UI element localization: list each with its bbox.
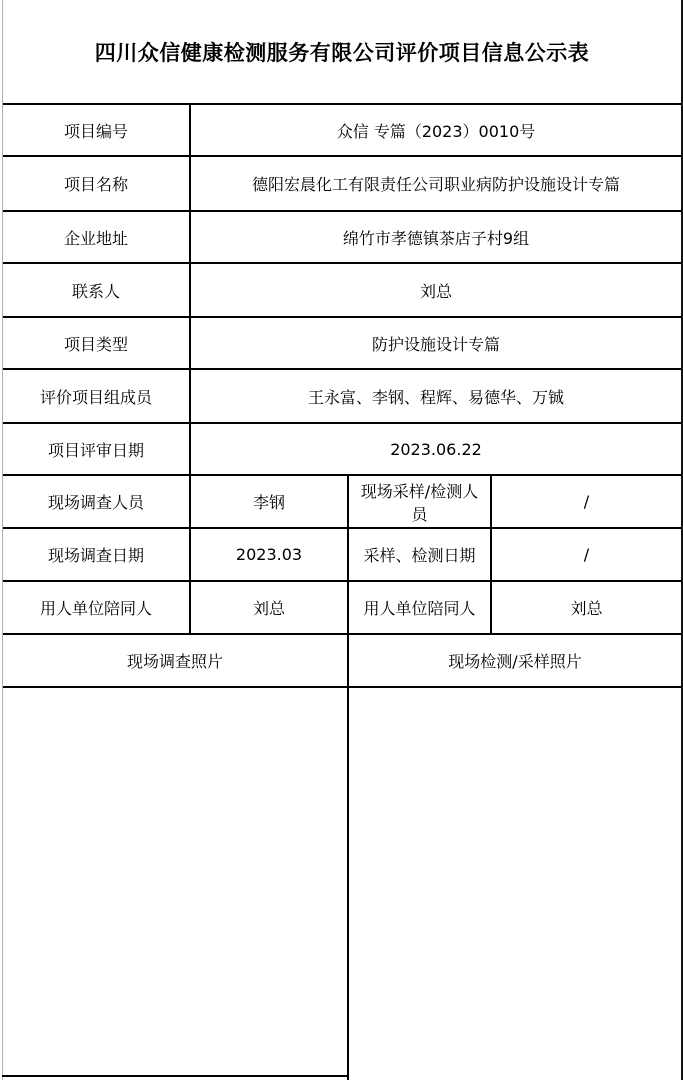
split-row-label-2: 采样、检测日期 xyxy=(349,529,492,580)
row-value: 王永富、李钢、程辉、易德华、万铖 xyxy=(191,370,681,422)
row-label: 项目名称 xyxy=(3,157,191,210)
document-page: 四川众信健康检测服务有限公司评价项目信息公示表 项目编号 众信 专篇（2023）… xyxy=(0,0,683,1080)
split-row-label-1: 现场调查日期 xyxy=(3,529,191,580)
table-row: 用人单位陪同人 刘总 用人单位陪同人 刘总 xyxy=(3,580,681,633)
split-row-value-2: / xyxy=(492,529,681,580)
photo-placeholder-left xyxy=(3,688,349,1080)
table-row: 现场调查人员 李钢 现场采样/检测人员 / xyxy=(3,474,681,527)
row-label: 项目类型 xyxy=(3,318,191,368)
row-value: 绵竹市孝德镇茶店子村9组 xyxy=(191,212,681,262)
table-row: 项目编号 众信 专篇（2023）0010号 xyxy=(3,103,681,155)
title-block: 四川众信健康检测服务有限公司评价项目信息公示表 xyxy=(3,0,681,103)
photo-header-row: 现场调查照片 现场检测/采样照片 xyxy=(3,633,681,686)
photo-header-left: 现场调查照片 xyxy=(3,635,349,686)
row-label: 企业地址 xyxy=(3,212,191,262)
table-row: 项目类型 防护设施设计专篇 xyxy=(3,316,681,368)
split-row-label-2: 用人单位陪同人 xyxy=(349,582,492,633)
row-value: 德阳宏晨化工有限责任公司职业病防护设施设计专篇 xyxy=(191,157,681,210)
table-outer-border: 四川众信健康检测服务有限公司评价项目信息公示表 项目编号 众信 专篇（2023）… xyxy=(2,0,683,1080)
table-row: 现场调查日期 2023.03 采样、检测日期 / xyxy=(3,527,681,580)
split-row-label-2: 现场采样/检测人员 xyxy=(349,476,492,527)
row-label: 项目评审日期 xyxy=(3,424,191,474)
row-value: 2023.06.22 xyxy=(191,424,681,474)
row-value: 防护设施设计专篇 xyxy=(191,318,681,368)
split-row-label-1: 现场调查人员 xyxy=(3,476,191,527)
split-row-value-2: 刘总 xyxy=(492,582,681,633)
split-row-value-1: 2023.03 xyxy=(191,529,349,580)
row-value: 刘总 xyxy=(191,264,681,316)
photo-area-row xyxy=(3,686,681,1080)
table-row: 项目评审日期 2023.06.22 xyxy=(3,422,681,474)
row-label: 项目编号 xyxy=(3,105,191,155)
table-row: 评价项目组成员 王永富、李钢、程辉、易德华、万铖 xyxy=(3,368,681,422)
row-label: 联系人 xyxy=(3,264,191,316)
table-row: 联系人 刘总 xyxy=(3,262,681,316)
row-value: 众信 专篇（2023）0010号 xyxy=(191,105,681,155)
photo-header-right: 现场检测/采样照片 xyxy=(349,635,681,686)
row-label: 评价项目组成员 xyxy=(3,370,191,422)
split-row-value-1: 刘总 xyxy=(191,582,349,633)
photo-placeholder-right xyxy=(349,688,681,1080)
table-row: 企业地址 绵竹市孝德镇茶店子村9组 xyxy=(3,210,681,262)
split-row-value-1: 李钢 xyxy=(191,476,349,527)
split-row-label-1: 用人单位陪同人 xyxy=(3,582,191,633)
table-row: 项目名称 德阳宏晨化工有限责任公司职业病防护设施设计专篇 xyxy=(3,155,681,210)
table-bottom-border xyxy=(2,1075,348,1077)
page-title: 四川众信健康检测服务有限公司评价项目信息公示表 xyxy=(95,37,590,67)
split-row-value-2: / xyxy=(492,476,681,527)
